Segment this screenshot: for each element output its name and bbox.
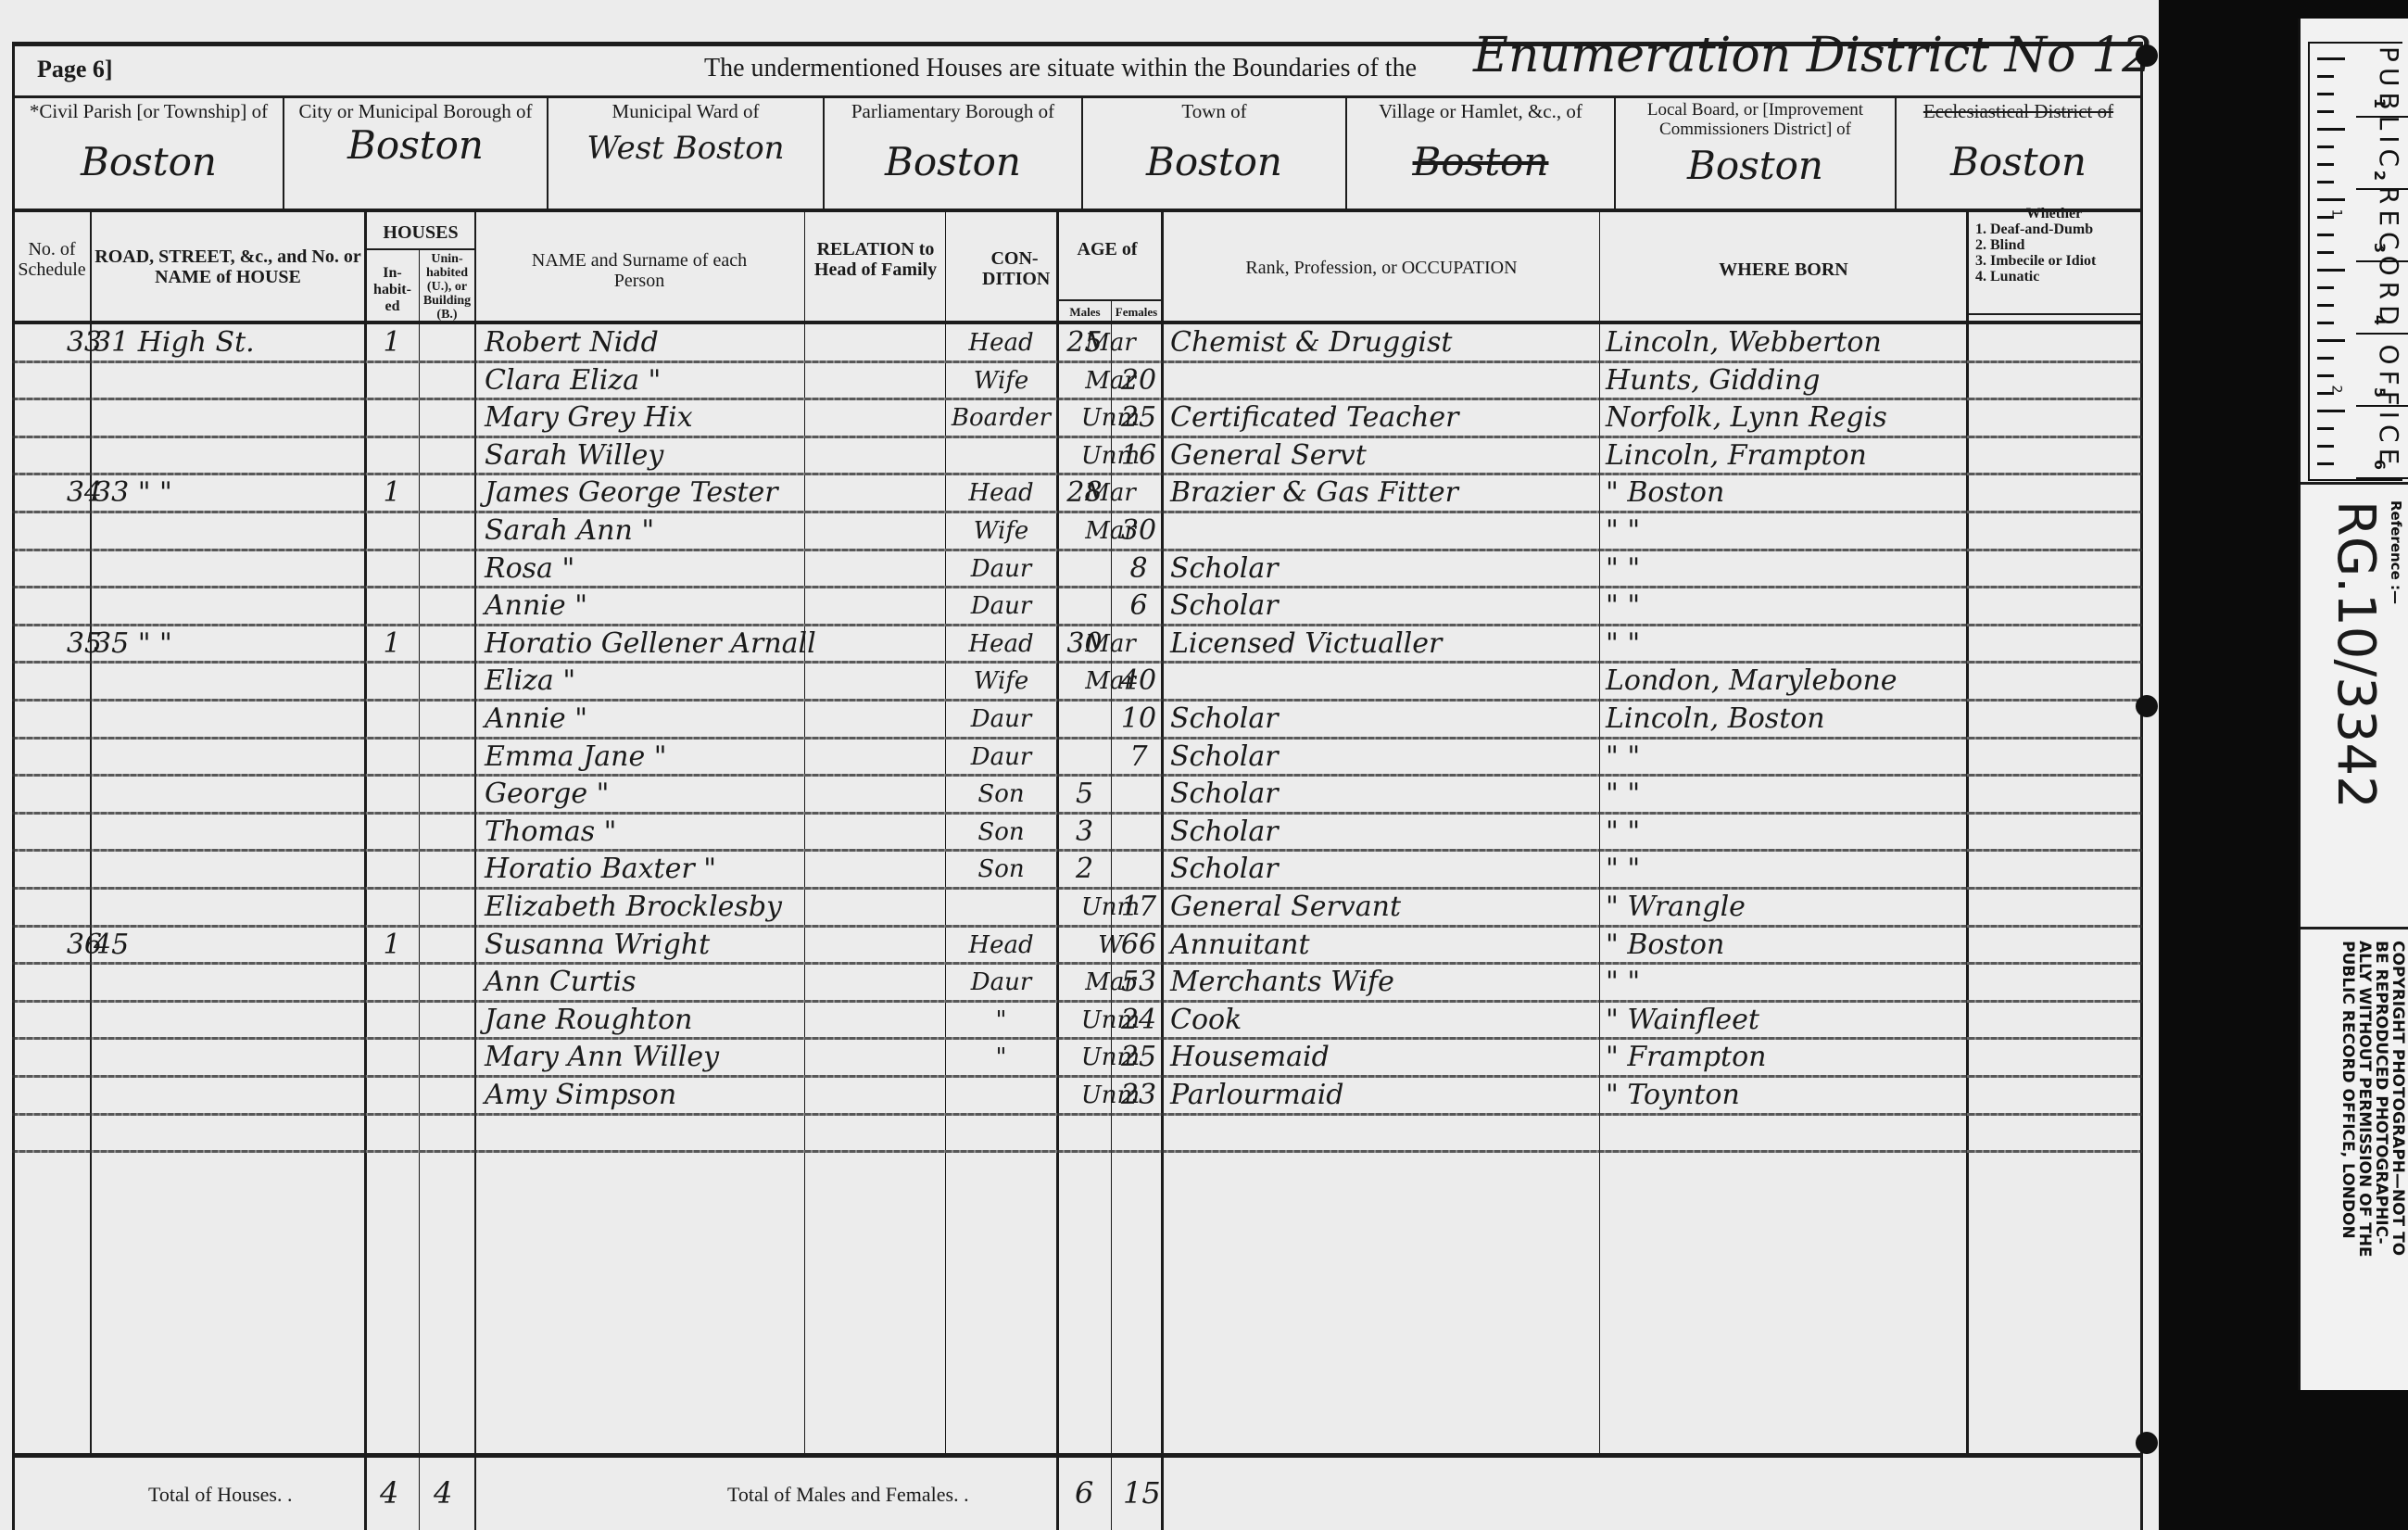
cell-female-age: 20 xyxy=(1115,362,1163,399)
table-row: Sarah WilleyUnm16General ServtLincoln, F… xyxy=(12,437,2142,475)
cell-uninhabited xyxy=(422,1115,473,1152)
cell-road xyxy=(94,550,372,588)
cell-uninhabited xyxy=(422,399,473,436)
cell-inhabited xyxy=(369,739,415,776)
cell-relation: Daur xyxy=(948,739,1054,776)
census-page: Page 6] The undermentioned Houses are si… xyxy=(0,0,2159,1530)
cell-inhabited: 1 xyxy=(369,927,415,964)
cell-relation: Wife xyxy=(948,362,1054,399)
cell-road xyxy=(94,776,372,813)
cell-name: Sarah Willey xyxy=(485,437,800,474)
cell-where-born: " " xyxy=(1606,512,1976,550)
table-bottom-rule xyxy=(12,1453,2142,1458)
cell-occupation: Merchants Wife xyxy=(1170,964,1596,1001)
cell-where-born: " " xyxy=(1606,776,1976,813)
cell-uninhabited xyxy=(422,474,473,512)
cell-inhabited xyxy=(369,889,415,926)
cell-where-born: " Wrangle xyxy=(1606,889,1976,926)
table-row: Emma Jane "Daur7Scholar" " xyxy=(12,739,2142,777)
cell-name: James George Tester xyxy=(485,474,800,512)
cell-uninhabited xyxy=(422,776,473,813)
infirmity-option: 2. Blind xyxy=(1975,237,2133,253)
cell-inhabited xyxy=(369,362,415,399)
cell-female-age: 25 xyxy=(1115,399,1163,436)
copyright-line: PUBLIC RECORD OFFICE, LONDON xyxy=(2339,941,2357,1239)
header-value: Boston xyxy=(1897,139,2140,184)
cell-name: Susanna Wright xyxy=(485,927,800,964)
office-name: PUBLIC RECORD OFFICE xyxy=(2374,46,2404,470)
ruler-tick xyxy=(2317,462,2334,465)
cell-female-age: 16 xyxy=(1115,437,1163,474)
cell-male-age xyxy=(1059,927,1110,964)
cell-schedule xyxy=(32,1039,102,1076)
cell-name: Amy Simpson xyxy=(485,1077,800,1114)
header-municipal-ward: Municipal Ward of West Boston xyxy=(548,100,823,209)
table-row: Ann CurtisDaurMar53Merchants Wife" " xyxy=(12,964,2142,1002)
cell-occupation xyxy=(1170,663,1596,700)
cell-male-age xyxy=(1059,1039,1110,1076)
cell-road xyxy=(94,663,372,700)
title-underline xyxy=(12,95,2142,98)
cell-name: Elizabeth Brocklesby xyxy=(485,889,800,926)
cell-inhabited xyxy=(369,437,415,474)
cell-schedule: 35 xyxy=(32,626,102,663)
infirmity-rule xyxy=(1969,313,2140,315)
cell-female-age: 23 xyxy=(1115,1077,1163,1114)
cell-occupation: Scholar xyxy=(1170,776,1596,813)
cell-male-age: 2 xyxy=(1059,851,1110,888)
header-local-board: Local Board, or [Improvement Commissione… xyxy=(1616,100,1895,209)
colhead-condition: CON-DITION xyxy=(982,248,1047,289)
cell-inhabited xyxy=(369,814,415,851)
cell-male-age xyxy=(1059,362,1110,399)
ruler-inch: 1 xyxy=(2328,209,2343,218)
colhead-relation: RELATION to Head of Family xyxy=(806,239,945,280)
cell-schedule xyxy=(32,814,102,851)
table-row xyxy=(12,1115,2142,1153)
ref-divider xyxy=(2301,927,2408,929)
cell-name: Annie " xyxy=(485,588,800,625)
cell-inhabited: 1 xyxy=(369,626,415,663)
copyright-line: ALLY WITHOUT PERMISSION OF THE xyxy=(2355,941,2374,1258)
ruler-tick xyxy=(2317,75,2334,78)
cell-schedule xyxy=(32,701,102,738)
cell-female-age: 10 xyxy=(1115,701,1163,738)
cell-where-born: " " xyxy=(1606,588,1976,625)
cell-relation: Wife xyxy=(948,512,1054,550)
cell-schedule xyxy=(32,550,102,588)
cell-road xyxy=(94,437,372,474)
table-row: Horatio Baxter "Son2Scholar" " xyxy=(12,851,2142,889)
cell-uninhabited xyxy=(422,663,473,700)
table-row: Eliza "WifeMar40London, Marylebone xyxy=(12,663,2142,701)
binding-hole xyxy=(2136,44,2158,67)
cell-name: George " xyxy=(485,776,800,813)
cell-occupation: General Servt xyxy=(1170,437,1596,474)
cell-uninhabited xyxy=(422,814,473,851)
cell-male-age: 30 xyxy=(1059,626,1110,663)
table-row: Annie "Daur6Scholar" " xyxy=(12,588,2142,626)
cell-schedule xyxy=(32,399,102,436)
cell-schedule xyxy=(32,964,102,1001)
ruler-inch: 2 xyxy=(2328,386,2343,394)
ruler-tick xyxy=(2317,128,2345,131)
header-value: Boston xyxy=(1347,139,1614,184)
cell-road xyxy=(94,1115,372,1152)
cell-road xyxy=(94,588,372,625)
cell-where-born: " Boston xyxy=(1606,927,1976,964)
cell-name: Mary Ann Willey xyxy=(485,1039,800,1076)
cell-schedule: 34 xyxy=(32,474,102,512)
cell-schedule xyxy=(32,663,102,700)
cell-inhabited: 1 xyxy=(369,474,415,512)
colhead-where-born: WHERE BORN xyxy=(1601,259,1966,280)
houses-subheader-rule xyxy=(364,248,475,250)
cell-occupation: Certificated Teacher xyxy=(1170,399,1596,436)
cell-male-age xyxy=(1059,701,1110,738)
cell-relation xyxy=(948,889,1054,926)
cell-male-age xyxy=(1059,739,1110,776)
table-row: 3331 High St.1Robert NiddHeadMar25Chemis… xyxy=(12,324,2142,362)
cell-male-age xyxy=(1059,399,1110,436)
cell-female-age xyxy=(1115,1115,1163,1152)
cell-female-age: 6 xyxy=(1115,588,1163,625)
cell-where-born: Hunts, Gidding xyxy=(1606,362,1976,399)
cell-road xyxy=(94,399,372,436)
cell-female-age: 17 xyxy=(1115,889,1163,926)
cell-relation: Daur xyxy=(948,550,1054,588)
cell-uninhabited xyxy=(422,512,473,550)
cell-inhabited xyxy=(369,663,415,700)
colhead-occupation: Rank, Profession, or OCCUPATION xyxy=(1164,258,1599,278)
cell-inhabited xyxy=(369,776,415,813)
cell-inhabited: 1 xyxy=(369,324,415,361)
cell-road xyxy=(94,739,372,776)
colhead-schedule: No. of Schedule xyxy=(15,239,89,280)
header-village: Village or Hamlet, &c., of Boston xyxy=(1347,100,1614,209)
cell-where-born: Norfolk, Lynn Regis xyxy=(1606,399,1976,436)
ruler-tick xyxy=(2317,57,2345,60)
cell-relation: Boarder xyxy=(948,399,1054,436)
cell-occupation xyxy=(1170,1115,1596,1152)
cell-name: Emma Jane " xyxy=(485,739,800,776)
ruler-tick xyxy=(2317,269,2345,272)
cell-uninhabited xyxy=(422,964,473,1001)
header-civil-parish: *Civil Parish [or Township] of Boston xyxy=(15,100,283,209)
cell-uninhabited xyxy=(422,362,473,399)
cell-road xyxy=(94,512,372,550)
ruler-tick xyxy=(2317,163,2334,166)
cell-male-age xyxy=(1059,1002,1110,1039)
cell-road xyxy=(94,1002,372,1039)
ruler-tick xyxy=(2317,427,2334,430)
ref-divider xyxy=(2301,482,2408,485)
cell-where-born xyxy=(1606,1115,1976,1152)
cell-where-born: " " xyxy=(1606,626,1976,663)
cell-occupation: Scholar xyxy=(1170,851,1596,888)
header-town: Town of Boston xyxy=(1083,100,1345,209)
page-number: Page 6] xyxy=(37,56,113,83)
cell-relation: " xyxy=(948,1039,1054,1076)
cell-schedule xyxy=(32,437,102,474)
cell-male-age: 3 xyxy=(1059,814,1110,851)
cell-relation: Daur xyxy=(948,588,1054,625)
cell-name: Clara Eliza " xyxy=(485,362,800,399)
table-row: 3535 " "1Horatio Gellener ArnallHeadMar3… xyxy=(12,626,2142,664)
header-label: Parliamentary Borough of xyxy=(825,100,1081,122)
cell-inhabited xyxy=(369,1002,415,1039)
table-row: Amy SimpsonUnm23Parlourmaid" Toynton xyxy=(12,1077,2142,1115)
cell-female-age: 24 xyxy=(1115,1002,1163,1039)
cell-inhabited xyxy=(369,550,415,588)
cell-occupation xyxy=(1170,512,1596,550)
cell-road: 31 High St. xyxy=(94,324,372,361)
cell-male-age xyxy=(1059,889,1110,926)
cell-male-age xyxy=(1059,550,1110,588)
cell-female-age xyxy=(1115,851,1163,888)
cell-schedule xyxy=(32,776,102,813)
table-row: Clara Eliza "WifeMar20Hunts, Gidding xyxy=(12,362,2142,400)
cell-name: Annie " xyxy=(485,701,800,738)
cell-where-born: Lincoln, Webberton xyxy=(1606,324,1976,361)
cell-relation: Daur xyxy=(948,964,1054,1001)
ruler-tick xyxy=(2317,304,2334,307)
cell-relation: Head xyxy=(948,474,1054,512)
enumeration-district: Enumeration District No 12 xyxy=(1473,28,2152,83)
cell-inhabited xyxy=(369,588,415,625)
cell-occupation: Scholar xyxy=(1170,814,1596,851)
cell-schedule xyxy=(32,1002,102,1039)
cell-female-age: 8 xyxy=(1115,550,1163,588)
cell-male-age xyxy=(1059,437,1110,474)
cell-relation xyxy=(948,437,1054,474)
cell-occupation: Scholar xyxy=(1170,550,1596,588)
cell-inhabited xyxy=(369,1077,415,1114)
cell-occupation: Housemaid xyxy=(1170,1039,1596,1076)
cell-schedule: 36 xyxy=(32,927,102,964)
boundary-statement: The undermentioned Houses are situate wi… xyxy=(704,54,1417,83)
header-label: Local Board, or [Improvement Commissione… xyxy=(1616,100,1895,139)
cell-relation: Son xyxy=(948,776,1054,813)
reference-label: Reference :— xyxy=(2388,500,2404,604)
ruler-tick xyxy=(2317,234,2334,236)
cell-name: Ann Curtis xyxy=(485,964,800,1001)
ruler-tick xyxy=(2317,286,2334,289)
cell-female-age xyxy=(1115,474,1163,512)
cell-male-age xyxy=(1059,1115,1110,1152)
cell-female-age xyxy=(1115,814,1163,851)
cell-where-born: " " xyxy=(1606,550,1976,588)
ruler-tick xyxy=(2317,181,2334,183)
cell-inhabited xyxy=(369,701,415,738)
cell-female-age xyxy=(1115,776,1163,813)
infirmity-option: 4. Lunatic xyxy=(1975,269,2133,285)
table-row: Thomas "Son3Scholar" " xyxy=(12,814,2142,852)
ruler-tick xyxy=(2317,251,2334,254)
cell-uninhabited xyxy=(422,927,473,964)
cell-occupation: Scholar xyxy=(1170,701,1596,738)
cell-relation: Head xyxy=(948,927,1054,964)
cell-relation: Daur xyxy=(948,701,1054,738)
cell-occupation: Scholar xyxy=(1170,588,1596,625)
table-row: 3433 " "1James George TesterHeadMar28Bra… xyxy=(12,474,2142,512)
cell-occupation: Scholar xyxy=(1170,739,1596,776)
cell-female-age: 25 xyxy=(1115,1039,1163,1076)
ruler-tick xyxy=(2317,110,2334,113)
cell-male-age: 25 xyxy=(1059,324,1110,361)
colhead-name: NAME and Surname of each Person xyxy=(519,250,760,291)
cell-uninhabited xyxy=(422,701,473,738)
cell-schedule xyxy=(32,362,102,399)
cell-schedule xyxy=(32,512,102,550)
total-houses-uninhabited: 4 xyxy=(434,1475,452,1511)
cell-where-born: " Boston xyxy=(1606,474,1976,512)
cell-inhabited xyxy=(369,964,415,1001)
cell-where-born: London, Marylebone xyxy=(1606,663,1976,700)
ruler-tick xyxy=(2317,339,2345,342)
cell-occupation: Parlourmaid xyxy=(1170,1077,1596,1114)
infirmity-option: 1. Deaf-and-Dumb xyxy=(1975,221,2133,237)
cell-male-age: 28 xyxy=(1059,474,1110,512)
total-houses-label: Total of Houses. . xyxy=(148,1483,293,1507)
cell-relation: Wife xyxy=(948,663,1054,700)
header-parliamentary-borough: Parliamentary Borough of Boston xyxy=(825,100,1081,209)
header-label: Village or Hamlet, &c., of xyxy=(1347,100,1614,122)
total-houses-inhabited: 4 xyxy=(380,1475,398,1511)
cell-male-age xyxy=(1059,663,1110,700)
header-value: Boston xyxy=(1616,143,1895,188)
cell-name: Horatio Gellener Arnall xyxy=(485,626,800,663)
cell-male-age xyxy=(1059,1077,1110,1114)
cell-female-age: 53 xyxy=(1115,964,1163,1001)
colhead-road: ROAD, STREET, &c., and No. or NAME of HO… xyxy=(93,247,363,287)
cell-uninhabited xyxy=(422,851,473,888)
cell-schedule xyxy=(32,1115,102,1152)
cell-female-age: 7 xyxy=(1115,739,1163,776)
ruler-tick xyxy=(2317,445,2334,448)
cell-relation: Son xyxy=(948,851,1054,888)
table-row: Mary Ann Willey"Unm25Housemaid" Frampton xyxy=(12,1039,2142,1077)
cell-relation: Head xyxy=(948,626,1054,663)
age-subheader-rule xyxy=(1056,299,1162,301)
colhead-houses: HOUSES xyxy=(367,222,474,243)
header-label: Town of xyxy=(1083,100,1345,122)
cell-relation xyxy=(948,1115,1054,1152)
header-label: *Civil Parish [or Township] of xyxy=(15,100,283,122)
colhead-males: Males xyxy=(1059,302,1111,322)
header-value: Boston xyxy=(1083,139,1345,184)
header-label: City or Municipal Borough of xyxy=(284,100,547,122)
header-value: Boston xyxy=(15,139,283,184)
cell-where-born: " " xyxy=(1606,851,1976,888)
cell-schedule xyxy=(32,1077,102,1114)
colhead-age: AGE of xyxy=(1075,239,1140,259)
cell-where-born: " " xyxy=(1606,739,1976,776)
cell-schedule xyxy=(32,889,102,926)
cell-relation xyxy=(948,1077,1054,1114)
cell-schedule: 33 xyxy=(32,324,102,361)
cell-uninhabited xyxy=(422,1002,473,1039)
infirmity-option: 3. Imbecile or Idiot xyxy=(1975,253,2133,269)
cell-name: Horatio Baxter " xyxy=(485,851,800,888)
ruler-tick xyxy=(2317,145,2334,148)
cell-name xyxy=(485,1115,800,1152)
ruler-tick xyxy=(2317,322,2334,324)
total-females: 15 xyxy=(1123,1475,1161,1511)
cell-occupation: Chemist & Druggist xyxy=(1170,324,1596,361)
cell-name: Sarah Ann " xyxy=(485,512,800,550)
cell-uninhabited xyxy=(422,889,473,926)
cell-road xyxy=(94,851,372,888)
cell-male-age xyxy=(1059,588,1110,625)
cell-where-born: " " xyxy=(1606,964,1976,1001)
cell-uninhabited xyxy=(422,1039,473,1076)
cell-schedule xyxy=(32,851,102,888)
cell-occupation xyxy=(1170,362,1596,399)
cell-relation: Son xyxy=(948,814,1054,851)
cell-inhabited xyxy=(369,851,415,888)
reference-card: 1 2 3 4 5 6 1 2 PUBLIC RECORD OFFICE Ref… xyxy=(2298,19,2408,1390)
ruler-tick xyxy=(2317,357,2334,360)
table-row: 36451Susanna WrightHeadW66Annuitant" Bos… xyxy=(12,927,2142,965)
cell-uninhabited xyxy=(422,550,473,588)
header-value: West Boston xyxy=(548,130,823,167)
table-row: Elizabeth BrocklesbyUnm17General Servant… xyxy=(12,889,2142,927)
cell-road xyxy=(94,1039,372,1076)
cell-male-age xyxy=(1059,964,1110,1001)
cell-road xyxy=(94,964,372,1001)
cell-name: Rosa " xyxy=(485,550,800,588)
table-row: Mary Grey HixBoarderUnm25Certificated Te… xyxy=(12,399,2142,437)
cell-female-age: 30 xyxy=(1115,512,1163,550)
cell-inhabited xyxy=(369,1039,415,1076)
cell-occupation: Annuitant xyxy=(1170,927,1596,964)
ruler-tick xyxy=(2317,374,2334,377)
cell-occupation: General Servant xyxy=(1170,889,1596,926)
cell-relation: " xyxy=(948,1002,1054,1039)
colhead-females: Females xyxy=(1112,302,1161,322)
cell-road: 33 " " xyxy=(94,474,372,512)
cell-female-age xyxy=(1115,324,1163,361)
cell-name: Eliza " xyxy=(485,663,800,700)
colhead-inhabited: In-habit-ed xyxy=(367,265,418,315)
colhead-infirmity: Whether 1. Deaf-and-Dumb 2. Blind 3. Imb… xyxy=(1975,206,2133,285)
infirmity-title: Whether xyxy=(1975,206,2133,221)
cell-where-born: " Frampton xyxy=(1606,1039,1976,1076)
copyright-line: COPYRIGHT PHOTOGRAPH—NOT TO xyxy=(2389,941,2407,1256)
cell-where-born: " Toynton xyxy=(1606,1077,1976,1114)
cell-female-age xyxy=(1115,626,1163,663)
cell-inhabited xyxy=(369,399,415,436)
cell-uninhabited xyxy=(422,1077,473,1114)
cell-uninhabited xyxy=(422,324,473,361)
cell-where-born: Lincoln, Boston xyxy=(1606,701,1976,738)
cell-road xyxy=(94,1077,372,1114)
cell-uninhabited xyxy=(422,588,473,625)
table-row: Sarah Ann "WifeMar30" " xyxy=(12,512,2142,550)
cell-male-age: 5 xyxy=(1059,776,1110,813)
cell-female-age: 66 xyxy=(1115,927,1163,964)
ruler-tick xyxy=(2317,198,2345,201)
cell-name: Jane Roughton xyxy=(485,1002,800,1039)
cell-uninhabited xyxy=(422,437,473,474)
cell-occupation: Licensed Victualler xyxy=(1170,626,1596,663)
cell-road: 45 xyxy=(94,927,372,964)
cell-where-born: " Wainfleet xyxy=(1606,1002,1976,1039)
cell-name: Robert Nidd xyxy=(485,324,800,361)
header-ecclesiastical-district: Ecclesiastical District of Boston xyxy=(1897,100,2140,209)
cell-schedule xyxy=(32,588,102,625)
